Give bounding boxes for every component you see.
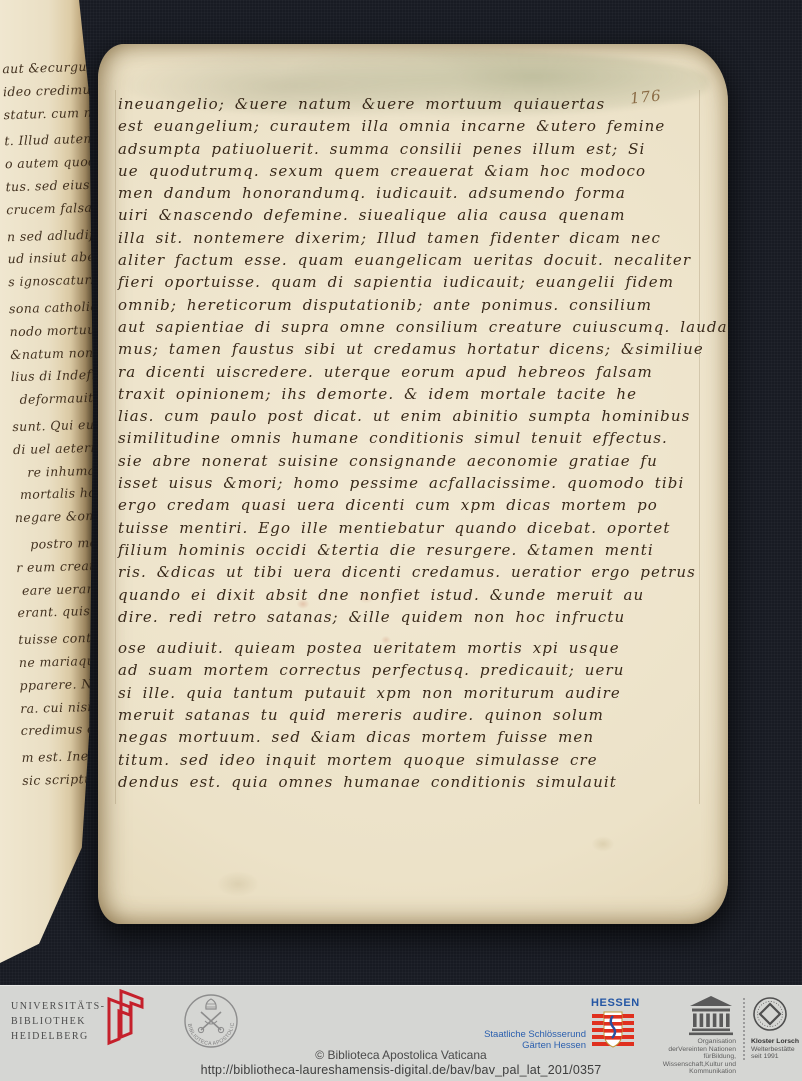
hessen-wordmark: HESSEN (591, 997, 635, 1009)
manuscript-line: s ignoscatur. Qui (8, 269, 91, 294)
manuscript-line: lias. cum paulo post dicat. ut enim abin… (118, 405, 708, 427)
manuscript-line: illa sit. nontemere dixerim; Illud tamen… (118, 227, 708, 249)
manuscript-line: ergo credam quasi uera dicenti cum xpm d… (118, 494, 708, 516)
hessen-logo: HESSEN (591, 997, 635, 1054)
kloster-lorsch-logo-icon (752, 996, 788, 1032)
manuscript-line: mus; tamen faustus sibi ut credamus hort… (118, 338, 708, 360)
manuscript-line: postro mo (15, 532, 98, 557)
manuscript-line: di uel aeternud (13, 437, 96, 462)
manuscript-line: ideo credimusqu. (3, 79, 86, 104)
ub-heidelberg-logo-icon (97, 987, 151, 1047)
manuscript-line: re inhuma (13, 459, 96, 484)
manuscript-line: similitudine omnis humane conditionis si… (118, 427, 708, 449)
manuscript-line: deformauit (11, 387, 94, 412)
manuscript-line: t. Illud autem de (4, 128, 87, 153)
manuscript-line: &natum nonesse (10, 341, 93, 366)
manuscript-line: mortalis ho (14, 482, 97, 507)
manuscript-line: filium hominis occidi &tertia die resurg… (118, 539, 708, 561)
manuscript-line: traxit opinionem; ihs demorte. & idem mo… (118, 383, 708, 405)
vatican-library-seal-icon: BIBLIOTECA APOSTOLICA VATICANA (180, 992, 242, 1054)
manuscript-line: ineuangelio; &uere natum &uere mortuum q… (118, 93, 708, 115)
manuscript-line: ud insiut abeisqu (7, 246, 90, 271)
manuscript-line: fieri oportuisse. quam di sapientia iudi… (118, 271, 708, 293)
manuscript-line: aliter factum esse. quam euangelicam uer… (118, 249, 708, 271)
kloster-lorsch-name: Kloster Lorsch (751, 1038, 801, 1046)
manuscript-line: ris. &dicas ut tibi uera dicenti credamu… (118, 561, 708, 583)
manuscript-line: crucem falsam (6, 197, 89, 222)
unesco-logo-icon (688, 994, 734, 1036)
manuscript-line: aut &ecurgunt (2, 56, 85, 81)
kloster-lorsch-line3: seit 1991 (751, 1053, 801, 1061)
manuscript-line: sie abre nonerat suisine consignande aec… (118, 450, 708, 472)
hessen-caption: Staatliche Schlösserund Gärten Hessen (460, 1029, 586, 1051)
ub-heidelberg-wordmark: UNIVERSITÄTS- BIBLIOTHEK HEIDELBERG (11, 999, 106, 1044)
manuscript-line: ad suam mortem correctus perfectusq. pre… (118, 659, 708, 681)
manuscript-line: r eum creata (16, 555, 99, 580)
ruling-line (115, 90, 116, 804)
viewer-stage: aut &ecurguntideo credimusqu.statur. cum… (0, 0, 802, 1081)
manuscript-line: aut sapientiae di supra omne consilium c… (118, 316, 708, 338)
manuscript-line: tus. sed eius star (5, 174, 88, 199)
manuscript-line: ue quodutrumq. sexum quem creauerat &iam… (118, 160, 708, 182)
manuscript-line: statur. cum nomen (3, 102, 86, 127)
manuscript-line: lius di Indefibi (11, 364, 94, 389)
kloster-lorsch-caption: Kloster Lorsch Welterbestätte seit 1991 (751, 1038, 801, 1061)
hessen-caption-line: Staatliche Schlösser (484, 1029, 570, 1040)
footer: UNIVERSITÄTS- BIBLIOTHEK HEIDELBERG BIBL… (0, 985, 802, 1081)
manuscript-line: tuisse mentiri. Ego ille mentiebatur qua… (118, 517, 708, 539)
manuscript-line: negare &om (15, 505, 98, 530)
left-page-text: aut &ecurguntideo credimusqu.statur. cum… (2, 56, 104, 793)
ub-heidelberg-line1: UNIVERSITÄTS- (11, 999, 106, 1014)
manuscript-line: n sed adludifican (7, 224, 90, 249)
ub-heidelberg-line3: HEIDELBERG (11, 1029, 106, 1044)
ub-heidelberg-line2: BIBLIOTHEK (11, 1014, 106, 1029)
manuscript-line: titum. sed ideo inquit mortem quoque sim… (118, 749, 708, 771)
manuscript-line: meruit satanas tu quid mereris audire. q… (118, 704, 708, 726)
manuscript-line: ose audiuit. quieam postea ueritatem mor… (118, 637, 708, 659)
manuscript-line: erant. quisnos (17, 600, 100, 625)
manuscript-line: negas mortuum. sed &iam dicas mortem fui… (118, 726, 708, 748)
manuscript-line: est euangelium; curautem illa omnia inca… (118, 115, 708, 137)
manuscript-line: ne mariaquod (19, 650, 102, 675)
left-page: aut &ecurguntideo credimusqu.statur. cum… (0, 0, 93, 963)
manuscript-line: omnib; hereticorum disputationib; ante p… (118, 294, 708, 316)
kloster-lorsch-line2: Welterbestätte (751, 1046, 801, 1054)
manuscript-line: dire. redi retro satanas; &ille quidem n… (118, 606, 708, 628)
right-page: 176 ineuangelio; &uere natum &uere mortu… (98, 44, 728, 924)
manuscript-text: ineuangelio; &uere natum &uere mortuum q… (118, 93, 708, 793)
manuscript-line: tuisse conten (18, 627, 101, 652)
manuscript-line: eare ueram (17, 577, 100, 602)
manuscript-line: ra dicenti uiscredere. uterque eorum apu… (118, 361, 708, 383)
manuscript-line: adsumpta patiuoluerit. summa consilii pe… (118, 138, 708, 160)
manuscript-line: isset uisus &mori; homo pessime acfallac… (118, 472, 708, 494)
footer-separator (743, 998, 745, 1060)
manuscript-line: sunt. Qui eum (12, 414, 95, 439)
unesco-caption: Organisation derVereinten Nationen fürBi… (660, 1038, 736, 1076)
manuscript-line: o autem quodnas (5, 151, 88, 176)
manuscript-line: men dandum honorandumq. iudicauit. adsum… (118, 182, 708, 204)
manuscript-line: si ille. quia tantum putauit xpm non mor… (118, 682, 708, 704)
manuscript-line: nodo mortuus (9, 319, 92, 344)
manuscript-line: pparere. Non (19, 672, 102, 697)
manuscript-line: dendus est. quia omnes humanae condition… (118, 771, 708, 793)
manuscript-line: uiri &nascendo defemine. siuealique alia… (118, 204, 708, 226)
hessen-coat-of-arms-icon (592, 1011, 634, 1049)
manuscript-line: quando ei dixit absit dne nonfiet istud.… (118, 584, 708, 606)
manuscript-line: sona catholica (9, 296, 92, 321)
